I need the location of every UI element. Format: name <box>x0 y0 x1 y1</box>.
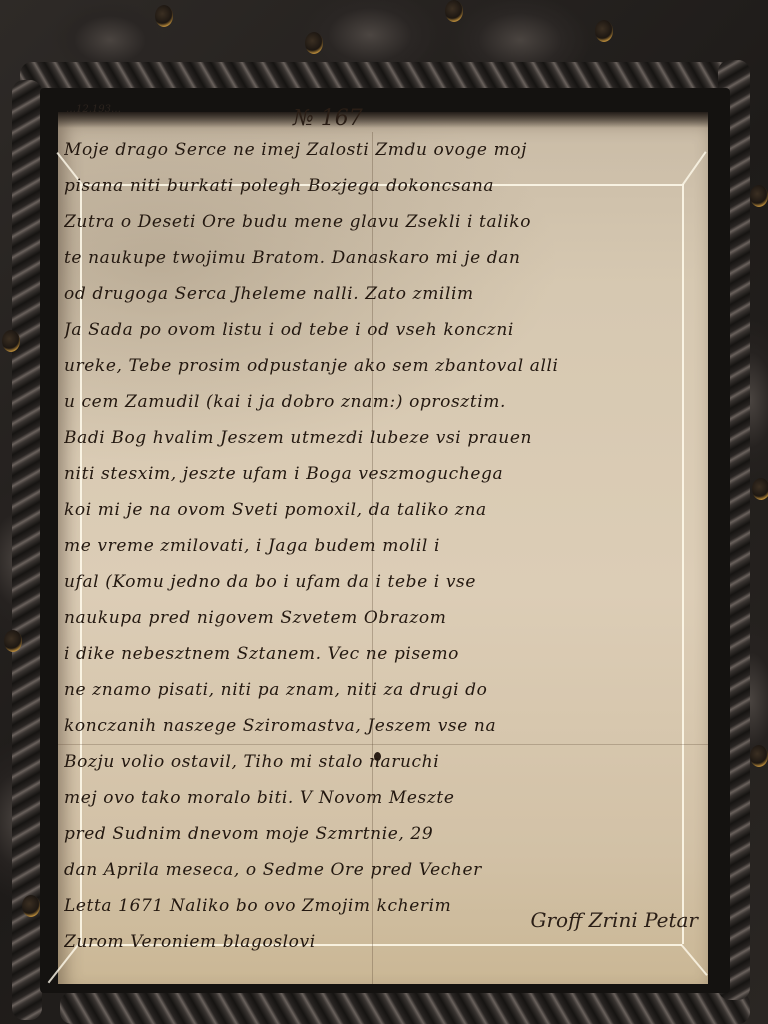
letter-line: koi mi je na ovom Sveti pomoxil, da tali… <box>64 492 700 528</box>
gilt-rivet <box>155 5 173 27</box>
letter-line: pisana niti burkati polegh Bozjega dokon… <box>64 168 700 204</box>
gilt-rivet <box>2 330 20 352</box>
letter-line: konczanih naszege Sziromastva, Jeszem vs… <box>64 708 700 744</box>
catalog-mark: …12.193… <box>66 104 121 115</box>
manuscript-letter: …12.193… № 167 Moje drago Serce ne imej … <box>58 112 708 984</box>
letter-line: Moje drago Serce ne imej Zalosti Zmdu ov… <box>64 132 700 168</box>
letter-line: u cem Zamudil (kai i ja dobro znam:) opr… <box>64 384 700 420</box>
letter-line: ureke, Tebe prosim odpustanje ako sem zb… <box>64 348 700 384</box>
letter-line: naukupa pred nigovem Szvetem Obrazom <box>64 600 700 636</box>
letter-line: me vreme zmilovati, i Jaga budem molil i <box>64 528 700 564</box>
letter-line: mej ovo tako moralo biti. V Novom Meszte <box>64 780 700 816</box>
letter-line: i dike nebesztnem Sztanem. Vec ne pisemo <box>64 636 700 672</box>
letter-line: pred Sudnim dnevom moje Szmrtnie, 29 <box>64 816 700 852</box>
gilt-rivet <box>750 745 768 767</box>
top-shadow <box>58 112 708 128</box>
gilt-rivet <box>305 32 323 54</box>
gilt-rivet <box>752 478 768 500</box>
letter-line: Ja Sada po ovom listu i od tebe i od vse… <box>64 312 700 348</box>
letter-line: od drugoga Serca Jheleme nalli. Zato zmi… <box>64 276 700 312</box>
letter-line: Badi Bog hvalim Jeszem utmezdi lubeze vs… <box>64 420 700 456</box>
letter-line: te naukupe twojimu Bratom. Danaskaro mi … <box>64 240 700 276</box>
letter-line: ufal (Komu jedno da bo i ufam da i tebe … <box>64 564 700 600</box>
gilt-rivet <box>445 0 463 22</box>
letter-line: niti stesxim, jeszte ufam i Boga veszmog… <box>64 456 700 492</box>
gilt-rivet <box>595 20 613 42</box>
gilt-rivet <box>4 630 22 652</box>
letter-line: Bozju volio ostavil, Tiho mi stalo naruc… <box>64 744 700 780</box>
letter-line: dan Aprila meseca, o Sedme Ore pred Vech… <box>64 852 700 888</box>
gilt-rivet <box>750 185 768 207</box>
document-number-stamp: № 167 <box>293 106 363 131</box>
frame-rope-molding-bottom <box>60 992 750 1024</box>
signature: Groff Zrini Petar <box>530 908 698 932</box>
gilt-rivet <box>22 895 40 917</box>
letter-line: ne znamo pisati, niti pa znam, niti za d… <box>64 672 700 708</box>
letter-body: Moje drago Serce ne imej Zalosti Zmdu ov… <box>64 132 700 960</box>
letter-line: Zutra o Deseti Ore budu mene glavu Zsekl… <box>64 204 700 240</box>
frame-rope-molding-left <box>12 80 42 1020</box>
